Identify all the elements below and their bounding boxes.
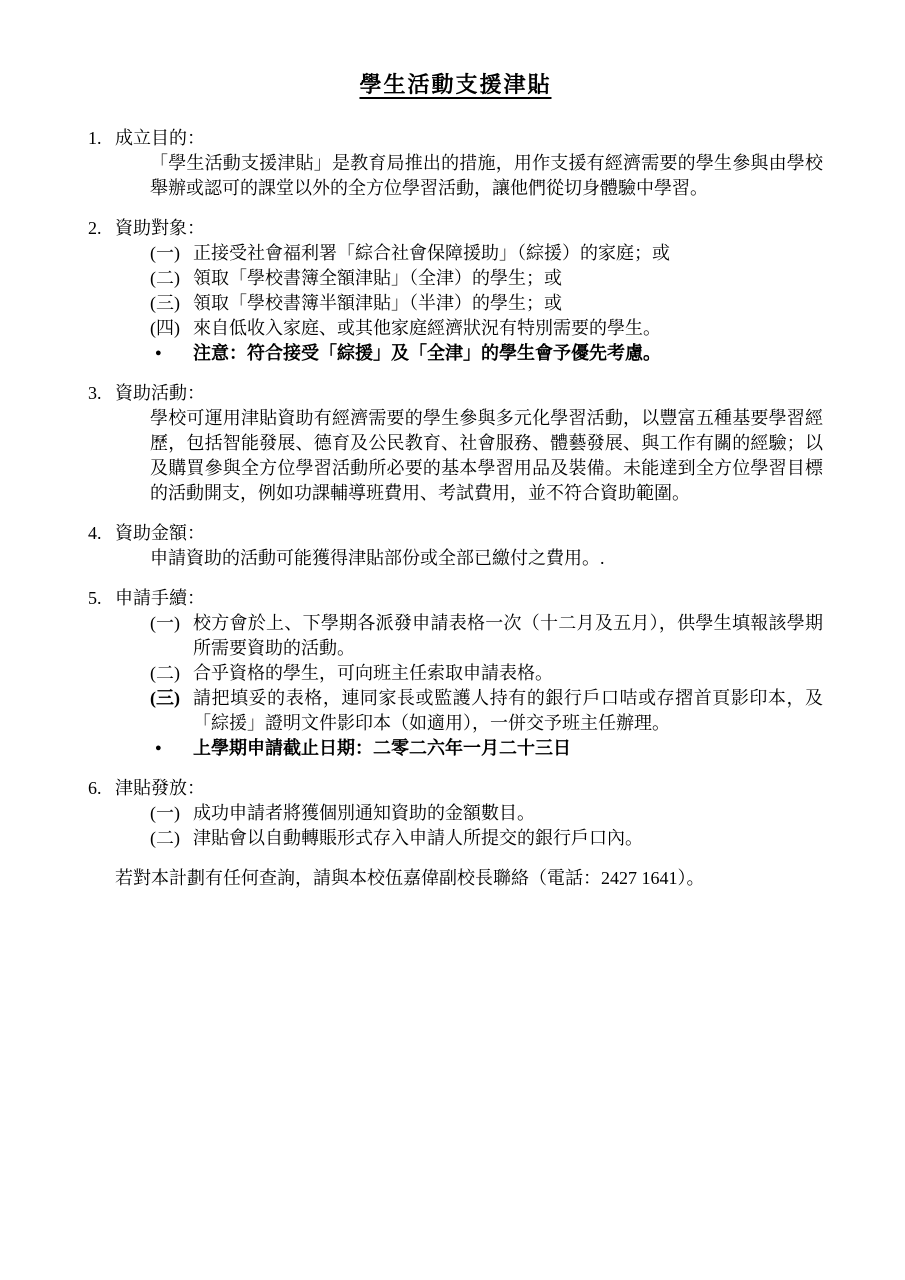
deadline-bullet: ● 上學期申請截止日期：二零二六年一月二十三日 xyxy=(150,736,823,761)
section-title: 津貼發放： xyxy=(115,776,823,801)
section-paragraph: 學校可運用津貼資助有經濟需要的學生參與多元化學習活動，以豐富五種基要學習經歷，包… xyxy=(150,406,823,506)
page-title-text: 學生活動支援津貼 xyxy=(359,72,551,97)
section-title: 資助金額： xyxy=(115,521,823,546)
section-number: 1. xyxy=(88,126,115,151)
list-item: (二) 津貼會以自動轉賬形式存入申請人所提交的銀行戶口內。 xyxy=(150,826,823,851)
section-activities: 3. 資助活動： 學校可運用津貼資助有經濟需要的學生參與多元化學習活動，以豐富五… xyxy=(88,381,823,506)
section-paragraph: 「學生活動支援津貼」是教育局推出的措施，用作支援有經濟需要的學生參與由學校舉辦或… xyxy=(150,151,823,201)
item-text: 請把填妥的表格，連同家長或監護人持有的銀行戶口咭或存摺首頁影印本，及「綜援」證明… xyxy=(193,686,823,736)
section-number: 6. xyxy=(88,776,115,801)
section-number: 5. xyxy=(88,586,115,611)
section-title: 資助對象： xyxy=(115,216,823,241)
section-application: 5. 申請手續： (一) 校方會於上、下學期各派發申請表格一次（十二月及五月），… xyxy=(88,586,823,761)
list-item: (三) 領取「學校書簿半額津貼」（半津）的學生；或 xyxy=(150,291,823,316)
list-item: (一) 校方會於上、下學期各派發申請表格一次（十二月及五月），供學生填報該學期所… xyxy=(150,611,823,661)
section-heading: 2. 資助對象： xyxy=(88,216,823,241)
item-text: 成功申請者將獲個別通知資助的金額數目。 xyxy=(193,801,823,826)
section-number: 2. xyxy=(88,216,115,241)
page-title: 學生活動支援津貼 xyxy=(88,70,823,100)
item-text: 領取「學校書簿半額津貼」（半津）的學生；或 xyxy=(193,291,823,316)
section-heading: 1. 成立目的： xyxy=(88,126,823,151)
section-heading: 4. 資助金額： xyxy=(88,521,823,546)
deadline-text: 上學期申請截止日期：二零二六年一月二十三日 xyxy=(193,736,823,761)
contact-line: 若對本計劃有任何查詢，請與本校伍嘉偉副校長聯絡（電話：2427 1641）。 xyxy=(115,866,823,891)
list-item: (三) 請把填妥的表格，連同家長或監護人持有的銀行戶口咭或存摺首頁影印本，及「綜… xyxy=(150,686,823,736)
note-bullet: ● 注意：符合接受「綜援」及「全津」的學生會予優先考慮。 xyxy=(150,341,823,366)
list-item: (二) 合乎資格的學生，可向班主任索取申請表格。 xyxy=(150,661,823,686)
item-text: 領取「學校書簿全額津貼」（全津）的學生；或 xyxy=(193,266,823,291)
list-item: (二) 領取「學校書簿全額津貼」（全津）的學生；或 xyxy=(150,266,823,291)
item-marker: (二) xyxy=(150,266,193,291)
bullet-icon: ● xyxy=(150,341,193,366)
item-text: 校方會於上、下學期各派發申請表格一次（十二月及五月），供學生填報該學期所需要資助… xyxy=(193,611,823,661)
item-marker: (一) xyxy=(150,801,193,826)
item-marker: (三) xyxy=(150,686,193,736)
item-marker: (三) xyxy=(150,291,193,316)
document-page: 學生活動支援津貼 1. 成立目的： 「學生活動支援津貼」是教育局推出的措施，用作… xyxy=(0,0,905,1280)
section-title: 資助活動： xyxy=(115,381,823,406)
item-marker: (四) xyxy=(150,316,193,341)
section-number: 4. xyxy=(88,521,115,546)
section-amount: 4. 資助金額： 申請資助的活動可能獲得津貼部份或全部已繳付之費用。. xyxy=(88,521,823,571)
item-marker: (一) xyxy=(150,241,193,266)
item-text: 合乎資格的學生，可向班主任索取申請表格。 xyxy=(193,661,823,686)
note-text: 注意：符合接受「綜援」及「全津」的學生會予優先考慮。 xyxy=(193,341,823,366)
list-item: (一) 成功申請者將獲個別通知資助的金額數目。 xyxy=(150,801,823,826)
item-text: 正接受社會福利署「綜合社會保障援助」（綜援）的家庭；或 xyxy=(193,241,823,266)
section-purpose: 1. 成立目的： 「學生活動支援津貼」是教育局推出的措施，用作支援有經濟需要的學… xyxy=(88,126,823,201)
item-text: 津貼會以自動轉賬形式存入申請人所提交的銀行戶口內。 xyxy=(193,826,823,851)
section-title: 成立目的： xyxy=(115,126,823,151)
section-heading: 6. 津貼發放： xyxy=(88,776,823,801)
list-item: (一) 正接受社會福利署「綜合社會保障援助」（綜援）的家庭；或 xyxy=(150,241,823,266)
item-marker: (二) xyxy=(150,661,193,686)
section-title: 申請手續： xyxy=(115,586,823,611)
item-text: 來自低收入家庭、或其他家庭經濟狀況有特別需要的學生。 xyxy=(193,316,823,341)
bullet-icon: ● xyxy=(150,736,193,761)
list-item: (四) 來自低收入家庭、或其他家庭經濟狀況有特別需要的學生。 xyxy=(150,316,823,341)
section-number: 3. xyxy=(88,381,115,406)
section-heading: 3. 資助活動： xyxy=(88,381,823,406)
section-eligibility: 2. 資助對象： (一) 正接受社會福利署「綜合社會保障援助」（綜援）的家庭；或… xyxy=(88,216,823,366)
item-marker: (二) xyxy=(150,826,193,851)
section-disbursement: 6. 津貼發放： (一) 成功申請者將獲個別通知資助的金額數目。 (二) 津貼會… xyxy=(88,776,823,851)
section-paragraph: 申請資助的活動可能獲得津貼部份或全部已繳付之費用。. xyxy=(150,546,823,571)
item-marker: (一) xyxy=(150,611,193,661)
section-heading: 5. 申請手續： xyxy=(88,586,823,611)
